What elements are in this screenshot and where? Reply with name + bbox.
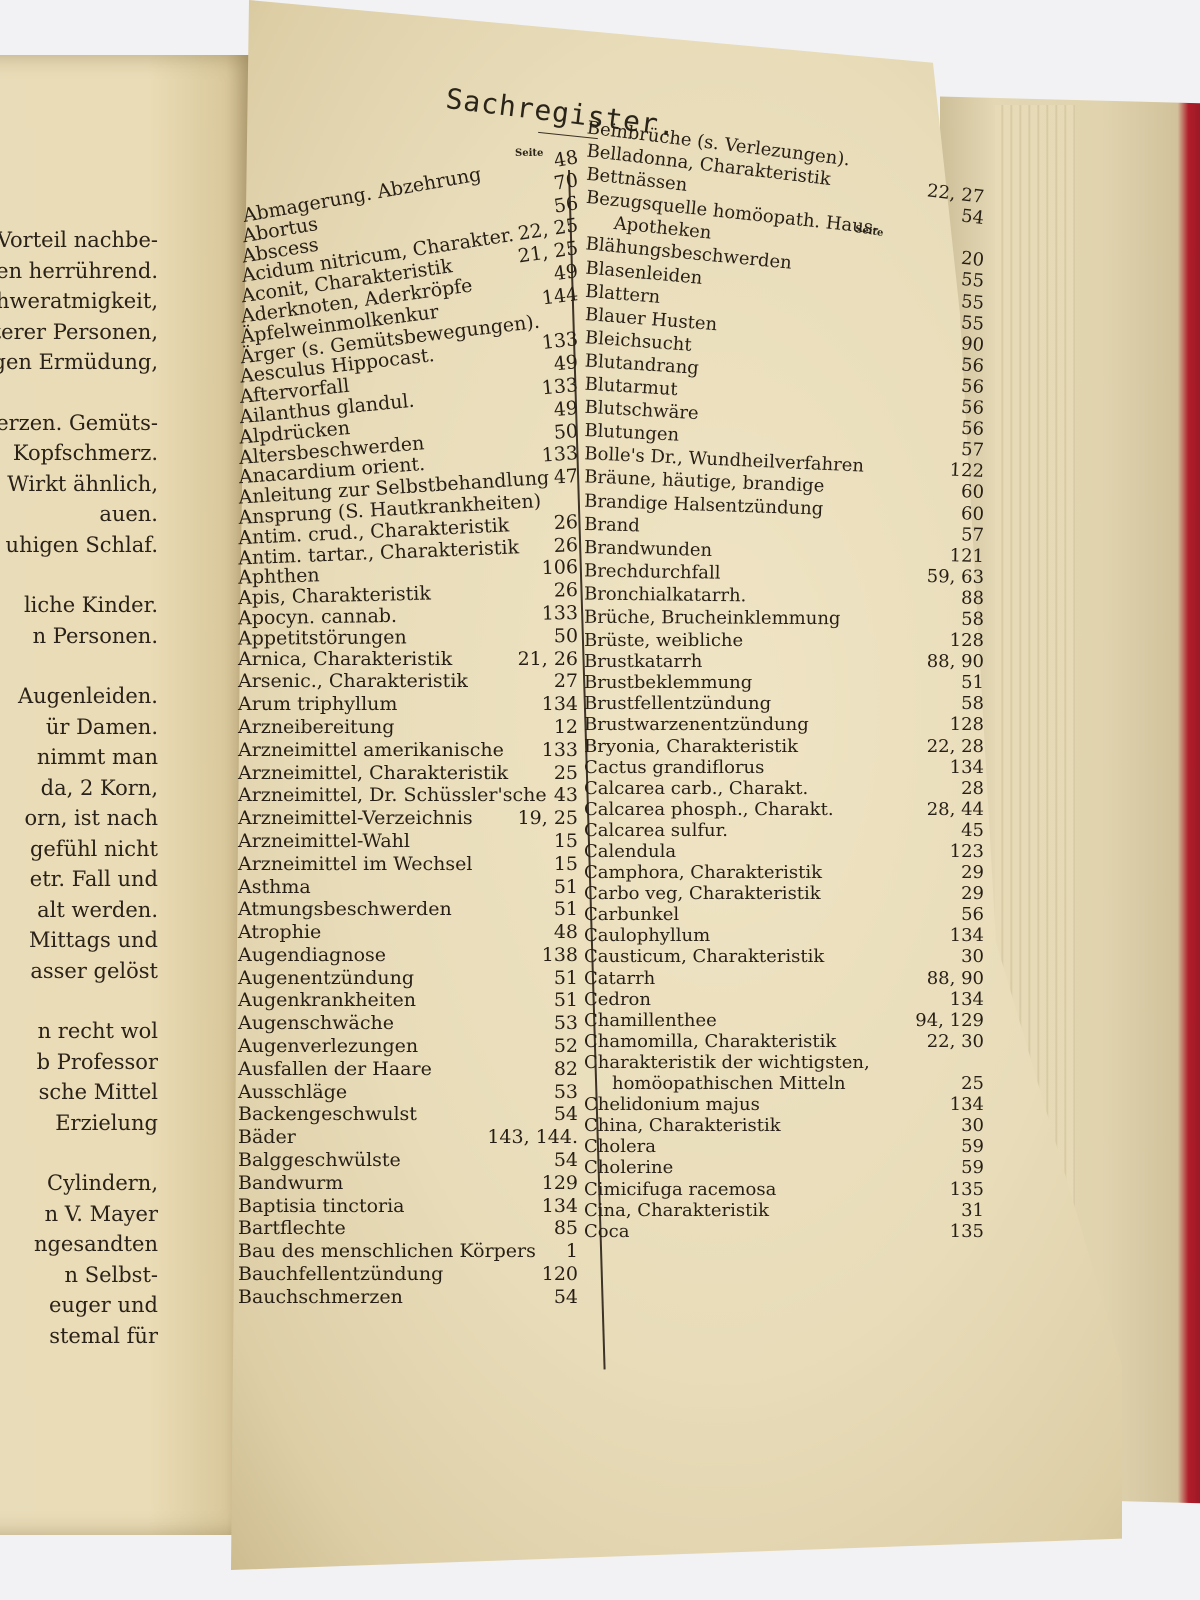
index-page-number: 133	[541, 374, 579, 399]
index-entry: Baptisia tinctoria134	[238, 1195, 578, 1218]
index-page-number: 29	[961, 862, 984, 884]
index-entry: Caulophyllum134	[584, 925, 984, 946]
index-entry: Chamomilla, Charakteristik22, 30	[584, 1031, 984, 1052]
index-page-number: 88, 90	[927, 651, 984, 673]
left-page-line: etr. Fall und	[0, 864, 158, 895]
index-page-number: 51	[554, 898, 578, 920]
index-entry: Brüche, Brucheinklemmung58	[584, 607, 984, 630]
index-term: homöopathischen Mitteln	[612, 1073, 846, 1095]
index-term: Coca	[584, 1221, 629, 1243]
index-entry: Arzneimittel, Dr. Schüssler'sche43	[238, 784, 578, 807]
index-term: Brustkatarrh	[584, 651, 702, 673]
index-page-number: 15	[554, 853, 578, 875]
index-entry: Arum triphyllum134	[238, 693, 578, 716]
index-page-number: 134	[950, 757, 984, 779]
left-page-line: n recht wol	[0, 1016, 158, 1047]
index-page-number: 52	[554, 1035, 578, 1057]
index-page-number: 19, 25	[518, 807, 578, 829]
index-page-number: 133	[541, 442, 579, 467]
index-term: Arsenic., Charakteristik	[238, 670, 468, 692]
index-page-number: 30	[961, 946, 984, 968]
left-page-line: gefühl nicht	[0, 834, 158, 865]
index-term: Brand	[584, 513, 640, 537]
left-page-line: Mittags und	[0, 925, 158, 956]
index-term: Carbo veg, Charakteristik	[584, 883, 821, 905]
index-term: Cholerine	[584, 1157, 673, 1179]
index-entry: Arzneimittel-Wahl15	[238, 830, 578, 853]
index-entry: Calendula123	[584, 841, 984, 862]
index-page-number: 12	[554, 716, 578, 738]
index-entry: Coca135	[584, 1221, 984, 1242]
index-entry: Arnica, Charakteristik21, 26	[238, 648, 578, 671]
left-page-line: terer Personen,	[0, 317, 158, 348]
index-entry: Arzneimittel-Verzeichnis19, 25	[238, 807, 578, 830]
index-entry: Bandwurm129	[238, 1172, 578, 1195]
index-entry: Cedron134	[584, 989, 984, 1010]
index-entry: Bau des menschlichen Körpers1	[238, 1240, 578, 1263]
index-page-number: 55	[960, 269, 985, 293]
index-page-number: 56	[960, 375, 984, 398]
left-page-line: gen Ermüdung,	[0, 347, 158, 378]
index-term: Carbunkel	[584, 904, 679, 926]
index-page-number: 51	[961, 672, 984, 694]
index-page-number: 21, 26	[518, 648, 578, 670]
index-entry: Cactus grandiflorus134	[584, 757, 984, 778]
index-page-number: 59	[961, 1157, 984, 1179]
index-page-number: 49	[552, 260, 579, 285]
index-page-number: 54	[554, 1103, 578, 1125]
index-page-number: 48	[554, 921, 578, 943]
index-page-number: 50	[554, 625, 578, 647]
index-page-number: 106	[541, 556, 578, 579]
index-page-number: 15	[554, 830, 578, 852]
left-page-line: Augenleiden.	[0, 681, 158, 712]
index-entry: Arsenic., Charakteristik27	[238, 670, 578, 693]
index-entry: Chelidonium majus134	[584, 1094, 984, 1115]
index-term: Brustfellentzündung	[584, 693, 771, 715]
index-page-number: 143, 144.	[487, 1126, 578, 1148]
index-page-number: 51	[554, 876, 578, 898]
index-page-number: 70	[552, 169, 580, 195]
index-entry: Atrophie48	[238, 921, 578, 944]
left-page-line	[0, 560, 158, 590]
index-term: Ausfallen der Haare	[238, 1058, 432, 1080]
index-entry: Asthma51	[238, 876, 578, 899]
index-page-number: 26	[553, 511, 578, 534]
index-term: Cholera	[584, 1136, 656, 1158]
index-page-number: 59	[961, 1136, 984, 1158]
index-term: Calendula	[584, 841, 676, 863]
index-entry: Calcarea sulfur.45	[584, 820, 984, 841]
index-term: Brüche, Brucheinklemmung	[584, 607, 841, 630]
left-page-line: da, 2 Korn,	[0, 773, 158, 804]
index-entry: Ausschläge53	[238, 1081, 578, 1104]
index-term: Chamomilla, Charakteristik	[584, 1031, 836, 1053]
index-term: Augenschwäche	[238, 1012, 394, 1034]
index-term: Asthma	[238, 876, 311, 898]
index-page-number: 54	[554, 1286, 578, 1308]
index-entry: Augenverlezungen52	[238, 1035, 578, 1058]
index-term: Augenentzündung	[238, 967, 414, 989]
index-page-number: 120	[542, 1263, 578, 1285]
index-page-number: 49	[553, 351, 579, 375]
index-term: Brandwunden	[584, 537, 713, 562]
index-entry: Atmungsbeschwerden51	[238, 898, 578, 921]
index-entry: Calcarea phosph., Charakt.28, 44	[584, 799, 984, 820]
index-entry: Carbunkel56	[584, 904, 984, 925]
index-page-number: 134	[950, 1094, 984, 1116]
index-page-number: 53	[554, 1012, 578, 1034]
index-term: Cactus grandiflorus	[584, 757, 764, 779]
index-page-number: 57	[961, 524, 985, 547]
index-term: Calcarea sulfur.	[584, 820, 728, 842]
left-page-line: Cylindern,	[0, 1168, 158, 1199]
index-entry: Bartflechte85	[238, 1217, 578, 1240]
index-term: Baptisia tinctoria	[238, 1195, 405, 1217]
index-term: Ausschläge	[238, 1081, 347, 1103]
index-page-number: 58	[961, 609, 984, 631]
index-term: Chamillenthee	[584, 1010, 717, 1032]
index-entry: Augendiagnose138	[238, 944, 578, 967]
index-page-number: 53	[554, 1081, 578, 1103]
index-entry: Calcarea carb., Charakt.28	[584, 778, 984, 799]
index-entry: Cina, Charakteristik31	[584, 1200, 984, 1221]
left-page-line: auen.	[0, 499, 158, 530]
index-entry: Charakteristik der wichtigsten,	[584, 1052, 984, 1073]
index-page-number: 1	[566, 1240, 578, 1262]
index-term: Causticum, Charakteristik	[584, 946, 824, 968]
index-entry: Balggeschwülste54	[238, 1149, 578, 1172]
left-page-line	[0, 1138, 158, 1168]
index-page-number: 47	[553, 465, 579, 488]
index-page-number: 134	[542, 1195, 578, 1217]
index-entry: Brustkatarrh88, 90	[584, 651, 984, 672]
left-page-line: euger und	[0, 1290, 158, 1321]
index-page-number: 138	[542, 944, 578, 966]
open-book-photo: Vorteil nachbe-nen herrührend.chweratmig…	[0, 0, 1200, 1600]
index-page-number: 122	[949, 460, 984, 484]
index-term: Arzneimittel amerikanische	[238, 739, 504, 761]
index-page-number: 50	[553, 420, 579, 444]
index-term: Arzneimittel-Verzeichnis	[238, 807, 473, 829]
index-page-number: 94, 129	[915, 1010, 984, 1032]
index-page-number: 28	[961, 778, 984, 800]
index-entry: Cholerine59	[584, 1157, 984, 1178]
index-page-number: 22, 28	[927, 736, 984, 758]
index-page-number: 31	[961, 1200, 984, 1222]
left-page-line: liche Kinder.	[0, 590, 158, 621]
left-page-line: orn, ist nach	[0, 803, 158, 834]
index-entry: Camphora, Charakteristik29	[584, 862, 984, 883]
index-page-number: 51	[554, 989, 578, 1011]
index-entry: Brüste, weibliche128	[584, 630, 984, 651]
index-term: Camphora, Charakteristik	[584, 862, 822, 884]
index-entry: Catarrh88, 90	[584, 968, 984, 989]
left-page-line: n Personen.	[0, 621, 158, 652]
index-term: Balggeschwülste	[238, 1149, 401, 1171]
index-term: Appetitstörungen	[238, 626, 407, 649]
left-page-line: Wirkt ähnlich,	[0, 469, 158, 500]
index-term: Augendiagnose	[238, 944, 386, 966]
index-page-number: 45	[961, 820, 984, 842]
index-term: Bäder	[238, 1126, 296, 1148]
index-term: Cina, Charakteristik	[584, 1200, 769, 1222]
index-page-number: 90	[960, 333, 985, 357]
index-entry: Cholera59	[584, 1136, 984, 1157]
left-page-line: sche Mittel	[0, 1077, 158, 1108]
index-term: Bryonia, Charakteristik	[584, 736, 798, 758]
index-term: Cedron	[584, 989, 651, 1011]
index-page-number: 55	[960, 312, 985, 336]
index-page-number: 56	[960, 418, 984, 441]
index-page-number: 49	[553, 397, 579, 421]
index-page-number: 60	[961, 503, 985, 526]
index-entry: Augenentzündung51	[238, 967, 578, 990]
index-term: Catarrh	[584, 968, 655, 990]
left-page-line: Erzielung	[0, 1108, 158, 1139]
index-page-number: 22, 30	[927, 1031, 984, 1053]
index-entry: Arzneimittel, Charakteristik25	[238, 762, 578, 785]
index-term: Bronchialkatarrh.	[584, 583, 747, 607]
index-page-number: 134	[542, 693, 578, 715]
index-left-column: Abmagerung. Abzehrung48Abortus70Abscess5…	[238, 146, 578, 1309]
index-entry: Brustwarzenentzündung128	[584, 714, 984, 735]
index-page-number: 26	[553, 534, 578, 557]
left-page-line: uhigen Schlaf.	[0, 530, 158, 561]
index-term: Arzneimittel im Wechsel	[238, 853, 472, 875]
index-page-number: 57	[961, 439, 985, 462]
index-entry: Augenschwäche53	[238, 1012, 578, 1035]
index-page-number: 56	[960, 397, 984, 420]
left-page-line: stemal für	[0, 1321, 158, 1352]
index-page-number: 121	[949, 545, 984, 568]
index-entry: homöopathischen Mitteln25	[584, 1073, 984, 1094]
index-entry: Cimicifuga racemosa135	[584, 1179, 984, 1200]
left-page-line: Kopfschmerz.	[0, 438, 158, 469]
index-term: Bandwurm	[238, 1172, 343, 1194]
index-page-number: 51	[554, 967, 578, 989]
left-page-text: Vorteil nachbe-nen herrührend.chweratmig…	[0, 225, 158, 1351]
index-term: Arnica, Charakteristik	[238, 648, 452, 670]
index-page-number: 56	[961, 904, 984, 926]
index-term: Arzneibereitung	[238, 716, 394, 738]
index-term: Brustwarzenentzündung	[584, 714, 809, 736]
index-page-number: 54	[554, 1149, 578, 1171]
index-page-number: 135	[950, 1221, 984, 1243]
index-page-number: 133	[542, 602, 579, 625]
left-page-line: nimmt man	[0, 742, 158, 773]
index-page-number: 88	[961, 588, 984, 610]
index-term: Charakteristik der wichtigsten,	[584, 1052, 870, 1074]
index-term: Atrophie	[238, 921, 321, 943]
index-page-number: 134	[950, 925, 984, 947]
index-term: Bartflechte	[238, 1217, 346, 1239]
index-page-number: 25	[961, 1073, 984, 1095]
left-page-line: erzen. Gemüts-	[0, 408, 158, 439]
index-page-number: 26	[554, 579, 579, 602]
index-page-number: 59, 63	[927, 566, 985, 589]
index-entry: Chamillenthee94, 129	[584, 1010, 984, 1031]
index-entry: Bryonia, Charakteristik22, 28	[584, 736, 984, 757]
index-right-column: Beinbrüche (s. Verlezungen).Belladonna, …	[584, 166, 984, 1242]
index-page-number: 43	[554, 784, 578, 806]
index-page-number: 88, 90	[927, 968, 984, 990]
index-page-number: 133	[542, 739, 578, 761]
index-term: Arzneimittel, Dr. Schüssler'sche	[238, 784, 547, 806]
index-page-number: 58	[961, 693, 984, 715]
index-entry: Ausfallen der Haare82	[238, 1058, 578, 1081]
index-page-number: 28, 44	[927, 799, 984, 821]
index-term: Arzneimittel, Charakteristik	[238, 762, 508, 784]
index-term: Arzneimittel-Wahl	[238, 830, 410, 852]
left-page-line: chweratmigkeit,	[0, 286, 158, 317]
index-term: Calcarea phosph., Charakt.	[584, 799, 834, 821]
index-entry: China, Charakteristik30	[584, 1115, 984, 1136]
index-page-number: 134	[950, 989, 984, 1011]
index-term: Augenverlezungen	[238, 1035, 418, 1057]
left-page-line: asser gelöst	[0, 956, 158, 987]
index-entry: Brustbeklemmung51	[584, 672, 984, 693]
index-term: Augenkrankheiten	[238, 989, 416, 1011]
index-term: Brustbeklemmung	[584, 672, 752, 694]
index-page-number: 55	[960, 291, 985, 315]
index-entry: Backengeschwulst54	[238, 1103, 578, 1126]
index-entry: Arzneibereitung12	[238, 716, 578, 739]
index-term: Chelidonium majus	[584, 1094, 760, 1116]
index-term: Calcarea carb., Charakt.	[584, 778, 808, 800]
index-term: Atmungsbeschwerden	[238, 898, 452, 920]
index-entry: Bäder143, 144.	[238, 1126, 578, 1149]
index-term: China, Charakteristik	[584, 1115, 781, 1137]
index-page-number: 25	[554, 762, 578, 784]
index-term: Bauchfellentzündung	[238, 1263, 443, 1285]
index-entry: Bauchfellentzündung120	[238, 1263, 578, 1286]
index-entry: Bauchschmerzen54	[238, 1286, 578, 1309]
left-page-line	[0, 986, 158, 1016]
left-page-line	[0, 378, 158, 408]
left-page-line: ür Damen.	[0, 712, 158, 743]
index-page-number: 82	[554, 1058, 578, 1080]
index-page-number: 128	[950, 714, 984, 736]
index-entry: Brustfellentzündung58	[584, 693, 984, 714]
index-page-number: 128	[950, 630, 984, 652]
index-page-number: 30	[961, 1115, 984, 1137]
index-page-number: 56	[960, 354, 984, 378]
left-page-line	[0, 651, 158, 681]
left-page: Vorteil nachbe-nen herrührend.chweratmig…	[0, 55, 260, 1535]
left-page-line: Vorteil nachbe-	[0, 225, 158, 256]
index-term: Arum triphyllum	[238, 693, 397, 715]
index-entry: Causticum, Charakteristik30	[584, 946, 984, 967]
left-page-line: b Professor	[0, 1047, 158, 1078]
index-entry: Appetitstörungen50	[238, 625, 578, 650]
index-term: Brechdurchfall	[584, 560, 721, 584]
left-page-line: ngesandten	[0, 1229, 158, 1260]
left-page-line: alt werden.	[0, 895, 158, 926]
index-term: Bauchschmerzen	[238, 1286, 403, 1308]
left-page-line: n V. Mayer	[0, 1199, 158, 1230]
index-page-number: 29	[961, 883, 984, 905]
index-page-number: 129	[542, 1172, 578, 1194]
index-term: Brüste, weibliche	[584, 630, 743, 652]
index-entry: Bronchialkatarrh.88	[584, 583, 984, 609]
index-entry: Arzneimittel im Wechsel15	[238, 853, 578, 876]
left-page-line: nen herrührend.	[0, 256, 158, 287]
index-page-number: 85	[554, 1217, 578, 1239]
index-term: Backengeschwulst	[238, 1103, 417, 1125]
index-term: Bau des menschlichen Körpers	[238, 1240, 536, 1262]
index-page-number: 27	[554, 670, 578, 692]
index-page-number: 60	[961, 482, 985, 505]
index-page-number: 144	[541, 283, 580, 309]
index-page-number: 135	[950, 1179, 984, 1201]
index-entry: Carbo veg, Charakteristik29	[584, 883, 984, 904]
index-entry: Augenkrankheiten51	[238, 989, 578, 1012]
index-entry: Arzneimittel amerikanische133	[238, 739, 578, 762]
index-term: Caulophyllum	[584, 925, 710, 947]
index-page-number: 123	[950, 841, 984, 863]
index-term: Cimicifuga racemosa	[584, 1179, 776, 1201]
left-page-line: n Selbst-	[0, 1260, 158, 1291]
